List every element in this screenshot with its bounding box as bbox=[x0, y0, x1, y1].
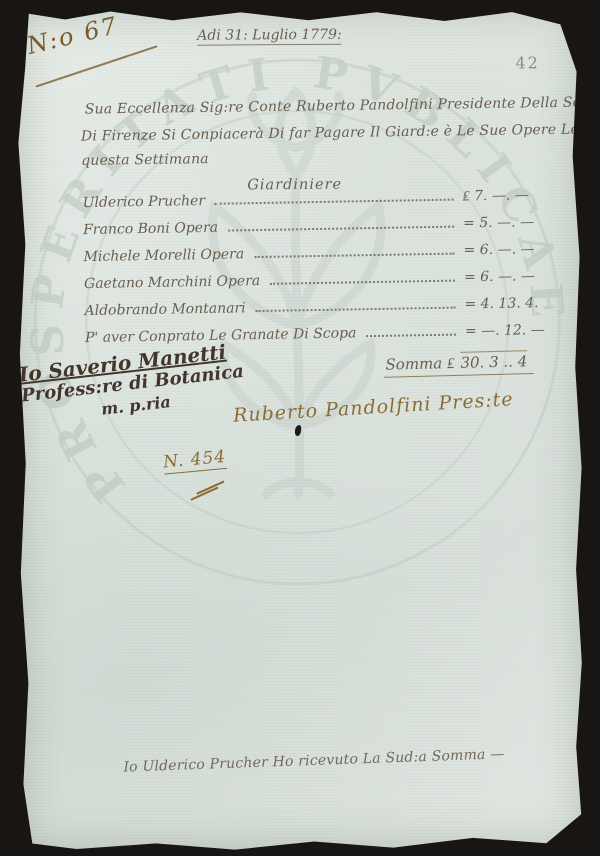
ledger-row-amount: = —. 12. — bbox=[465, 321, 577, 339]
ledger-total-label: Somma ₤ bbox=[385, 354, 454, 374]
ledger-row-amount: = 4. 13. 4. bbox=[464, 294, 576, 312]
dotted-leader bbox=[215, 199, 454, 205]
ledger-row-amount: ₤ 7. —. — bbox=[462, 187, 574, 206]
body-line-3: questa Settimana bbox=[81, 151, 209, 169]
ledger-row-name: Franco Boni Opera bbox=[83, 220, 218, 238]
ledger-row-name: Aldobrando Montanari bbox=[84, 300, 245, 319]
folio-number-pencil: 42 bbox=[515, 53, 539, 72]
ledger-row-amount: = 6. —. — bbox=[463, 240, 575, 258]
ledger-row-name: Michele Morelli Opera bbox=[83, 246, 244, 265]
ledger-row-name: Gaetano Marchini Opera bbox=[84, 273, 260, 292]
dotted-leader bbox=[270, 280, 455, 285]
ledger-row-amount: = 6. —. — bbox=[464, 267, 576, 285]
ledger: Ulderico Prucher ₤ 7. —. — Franco Boni O… bbox=[83, 187, 578, 358]
receipt-line: Io Ulderico Prucher Ho ricevuto La Sud:a… bbox=[123, 746, 505, 775]
paper-sheet: PROSPERITATI PVBLICAE N:o 67 Adi 31: Lug… bbox=[14, 4, 586, 852]
document-scan: PROSPERITATI PVBLICAE N:o 67 Adi 31: Lug… bbox=[0, 0, 600, 856]
ledger-total-value: 30. 3 .. 4 bbox=[460, 350, 527, 372]
ledger-row-name: Ulderico Prucher bbox=[83, 193, 206, 211]
dotted-leader bbox=[254, 253, 454, 258]
dotted-leader bbox=[256, 307, 456, 312]
date-line: Adi 31: Luglio 1779: bbox=[197, 27, 342, 46]
ledger-total: Somma ₤30. 3 .. 4 bbox=[383, 352, 533, 378]
dotted-leader bbox=[228, 226, 454, 232]
dotted-leader bbox=[366, 334, 456, 338]
ledger-row-amount: = 5. —. — bbox=[463, 214, 575, 232]
